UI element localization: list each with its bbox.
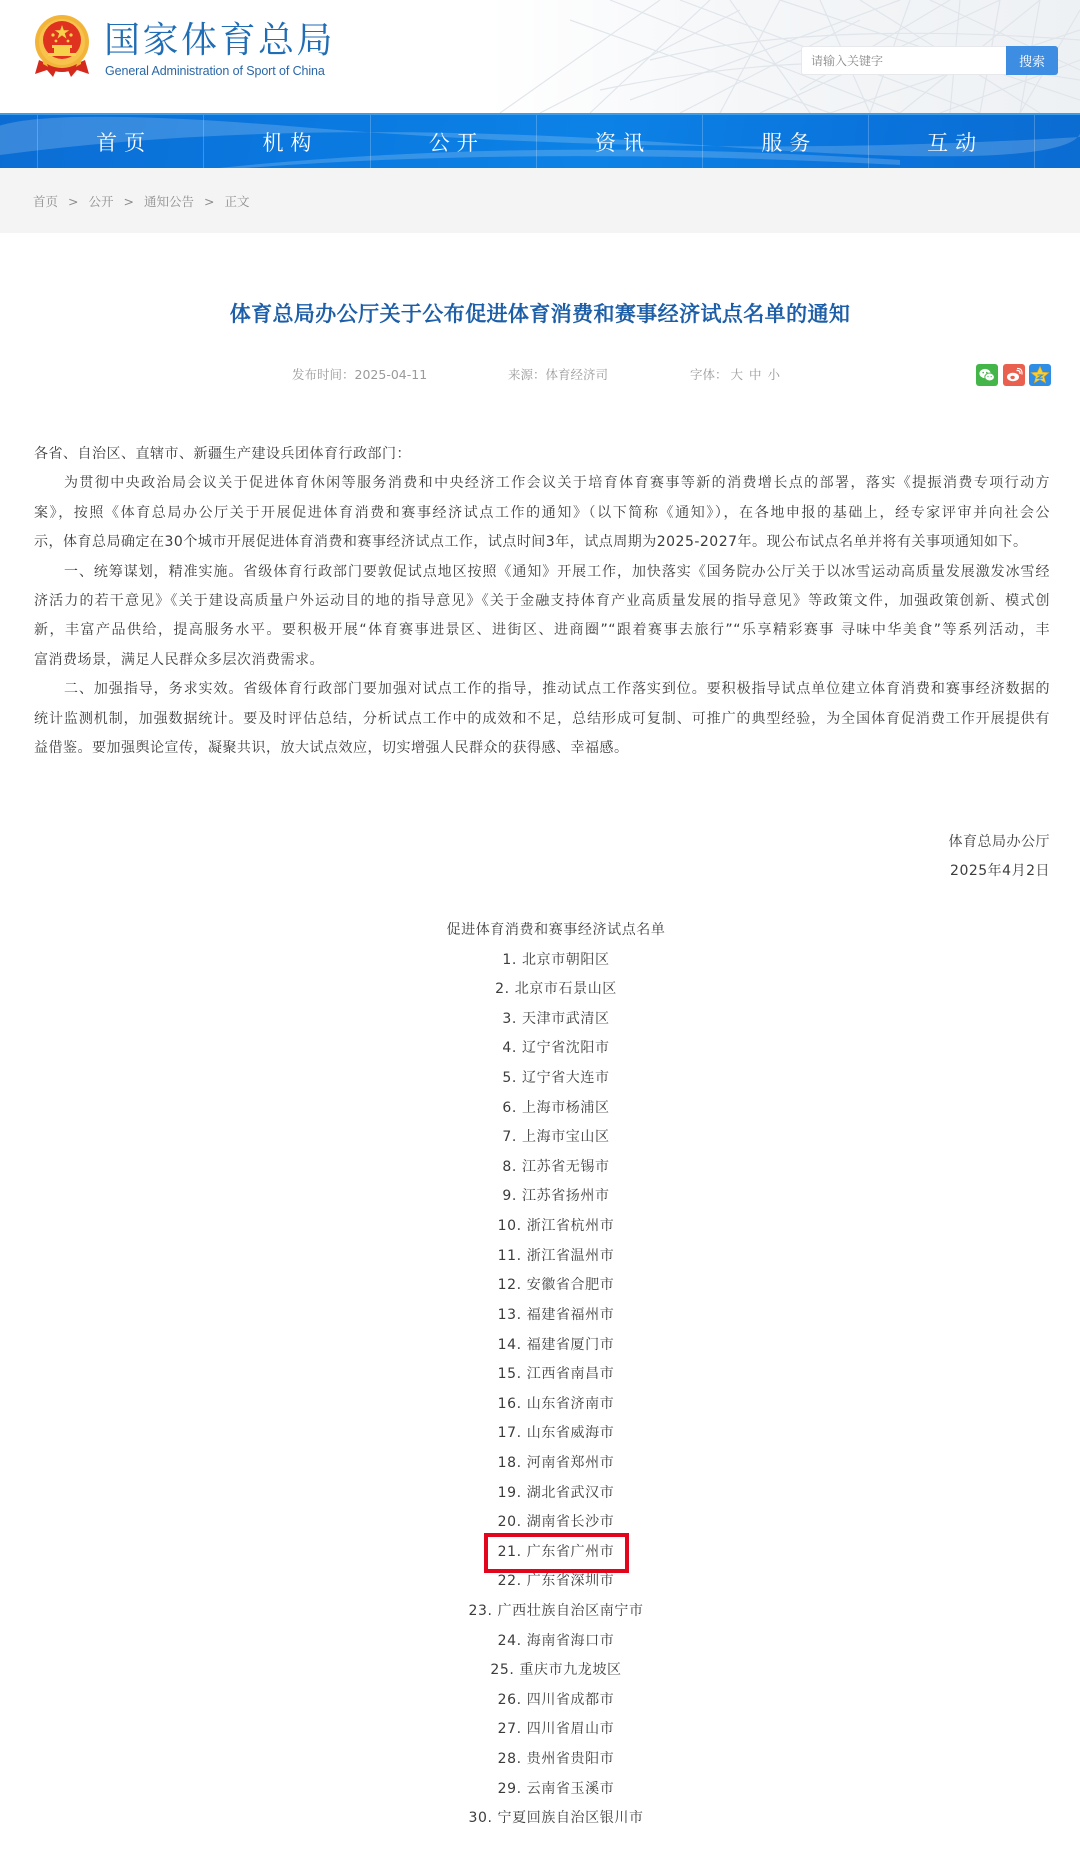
breadcrumb-separator: > [68, 194, 78, 209]
national-emblem-icon [33, 14, 91, 79]
weibo-icon [1003, 364, 1025, 386]
list-item: 17. 山东省威海市 [32, 1419, 1080, 1449]
breadcrumb-notices[interactable]: 通知公告 [144, 194, 194, 209]
highlight-annotation-box [484, 1533, 629, 1573]
breadcrumb-current: 正文 [225, 194, 250, 209]
list-item: 13. 福建省福州市 [32, 1301, 1080, 1331]
paragraph-section-2-line: 二、加强指导，务求实效。省级体育行政部门要加强对试点工作的指导，推动试点工作落实… [34, 675, 1050, 704]
nav-item-label: 机构 [255, 127, 318, 157]
nav-item-label: 公开 [422, 127, 485, 157]
breadcrumb-public[interactable]: 公开 [89, 194, 114, 209]
paragraph-section-1-line: 济活力的若干意见》《关于建设高质量户外运动目的地的指导意见》《关于金融支持体育产… [34, 587, 1050, 616]
publish-date-label: 发布时间： [292, 367, 355, 382]
qzone-star-icon [1029, 364, 1051, 386]
font-size-large[interactable]: 大 [731, 367, 744, 382]
list-item: 3. 天津市武清区 [32, 1005, 1080, 1035]
list-item: 26. 四川省成都市 [32, 1686, 1080, 1716]
search-input[interactable] [801, 46, 1006, 75]
list-item: 30. 宁夏回族自治区银川市 [32, 1804, 1080, 1834]
source-label: 来源： [508, 367, 546, 382]
list-item: 10. 浙江省杭州市 [32, 1212, 1080, 1242]
nav-item-label: 首页 [89, 127, 152, 157]
site-logo-subtitle: General Administration of Sport of China [105, 64, 325, 79]
list-item: 18. 河南省郑州市 [32, 1449, 1080, 1479]
list-item: 23. 广西壮族自治区南宁市 [32, 1597, 1080, 1627]
list-item: 6. 上海市杨浦区 [32, 1094, 1080, 1124]
breadcrumb-home[interactable]: 首页 [33, 194, 58, 209]
list-item: 2. 北京市石景山区 [32, 975, 1080, 1005]
signature: 体育总局办公厅 2025年4月2日 [34, 828, 1050, 887]
page: 国家体育总局 General Administration of Sport o… [0, 0, 1080, 1856]
article-source: 来源：体育经济司 [508, 366, 608, 384]
list-title: 促进体育消费和赛事经济试点名单 [32, 916, 1080, 946]
list-item: 11. 浙江省温州市 [32, 1242, 1080, 1272]
nav-item-label: 资讯 [588, 127, 651, 157]
nav-item-interaction[interactable]: 互动 [868, 115, 1034, 168]
salutation: 各省、自治区、直辖市、新疆生产建设兵团体育行政部门： [34, 440, 1050, 469]
site-header: 国家体育总局 General Administration of Sport o… [0, 0, 1080, 113]
list-item: 27. 四川省眉山市 [32, 1715, 1080, 1745]
publish-date: 发布时间：2025-04-11 [292, 366, 427, 384]
list-item: 8. 江苏省无锡市 [32, 1153, 1080, 1183]
article-title: 体育总局办公厅关于公布促进体育消费和赛事经济试点名单的通知 [0, 296, 1080, 332]
paragraph-intro-line: 示，体育总局确定在30个城市开展促进体育消费和赛事经济试点工作，试点时间3年，试… [34, 528, 1050, 557]
source-value: 体育经济司 [546, 367, 609, 382]
signature-date: 2025年4月2日 [34, 857, 1050, 886]
share-qzone-button[interactable] [1029, 364, 1051, 386]
list-item: 1. 北京市朝阳区 [32, 946, 1080, 976]
list-item: 25. 重庆市九龙坡区 [32, 1656, 1080, 1686]
list-item: 29. 云南省玉溪市 [32, 1775, 1080, 1805]
pilot-city-list: 促进体育消费和赛事经济试点名单 1. 北京市朝阳区 2. 北京市石景山区 3. … [32, 916, 1080, 1834]
font-size-medium[interactable]: 中 [749, 367, 762, 382]
paragraph-section-1-line: 一、统筹谋划，精准实施。省级体育行政部门要敦促试点地区按照《通知》开展工作，加快… [34, 558, 1050, 587]
font-size-label: 字体： [690, 367, 728, 382]
paragraph-section-1-line: 富消费场景，满足人民群众多层次消费需求。 [34, 646, 1050, 675]
list-item: 12. 安徽省合肥市 [32, 1271, 1080, 1301]
paragraph-section-1-line: 新，丰富产品供给，提高服务水平。要积极开展“体育赛事进景区、进街区、进商圈”“跟… [34, 616, 1050, 645]
list-item: 28. 贵州省贵阳市 [32, 1745, 1080, 1775]
signature-org: 体育总局办公厅 [34, 828, 1050, 857]
list-item: 7. 上海市宝山区 [32, 1123, 1080, 1153]
list-item: 16. 山东省济南市 [32, 1390, 1080, 1420]
font-size-small[interactable]: 小 [768, 367, 781, 382]
list-item: 15. 江西省南昌市 [32, 1360, 1080, 1390]
font-size-switcher: 字体：大中小 [690, 366, 783, 384]
breadcrumb-bar: 首页>公开>通知公告>正文 [0, 168, 1080, 233]
list-item: 14. 福建省厦门市 [32, 1331, 1080, 1361]
paragraph-section-2-line: 益借鉴。要加强舆论宣传，凝聚共识，放大试点效应，切实增强人民群众的获得感、幸福感… [34, 734, 1050, 763]
publish-date-value: 2025-04-11 [355, 367, 428, 382]
site-logo-title[interactable]: 国家体育总局 [104, 19, 335, 63]
breadcrumb-separator: > [124, 194, 134, 209]
list-item: 24. 海南省海口市 [32, 1627, 1080, 1657]
nav-item-label: 服务 [754, 127, 817, 157]
paragraph-intro-line: 案》，按照《体育总局办公厅关于开展促进体育消费和赛事经济试点工作的通知》（以下简… [34, 499, 1050, 528]
share-weibo-button[interactable] [1003, 364, 1025, 386]
breadcrumb: 首页>公开>通知公告>正文 [33, 193, 250, 211]
nav-item-service[interactable]: 服务 [702, 115, 868, 168]
breadcrumb-separator: > [204, 194, 214, 209]
list-item: 5. 辽宁省大连市 [32, 1064, 1080, 1094]
list-item: 4. 辽宁省沈阳市 [32, 1034, 1080, 1064]
nav-item-public[interactable]: 公开 [370, 115, 536, 168]
wechat-icon [976, 364, 998, 386]
paragraph-intro-line: 为贯彻中央政治局会议关于促进体育休闲等服务消费和中央经济工作会议关于培育体育赛事… [34, 469, 1050, 498]
nav-item-home[interactable]: 首页 [37, 115, 203, 168]
list-item: 19. 湖北省武汉市 [32, 1479, 1080, 1509]
nav-item-label: 互动 [920, 127, 983, 157]
nav-item-news[interactable]: 资讯 [536, 115, 702, 168]
nav-item-organization[interactable]: 机构 [203, 115, 369, 168]
share-wechat-button[interactable] [976, 364, 998, 386]
search-button[interactable]: 搜索 [1006, 46, 1058, 75]
list-item: 9. 江苏省扬州市 [32, 1182, 1080, 1212]
paragraph-section-2-line: 统计监测机制，加强数据统计。要及时评估总结，分析试点工作中的成效和不足，总结形成… [34, 705, 1050, 734]
article-body: 各省、自治区、直辖市、新疆生产建设兵团体育行政部门： 为贯彻中央政治局会议关于促… [34, 440, 1050, 763]
main-nav: 首页 机构 公开 资讯 服务 互动 [0, 113, 1080, 168]
nav-list: 首页 机构 公开 资讯 服务 互动 [37, 115, 1035, 168]
